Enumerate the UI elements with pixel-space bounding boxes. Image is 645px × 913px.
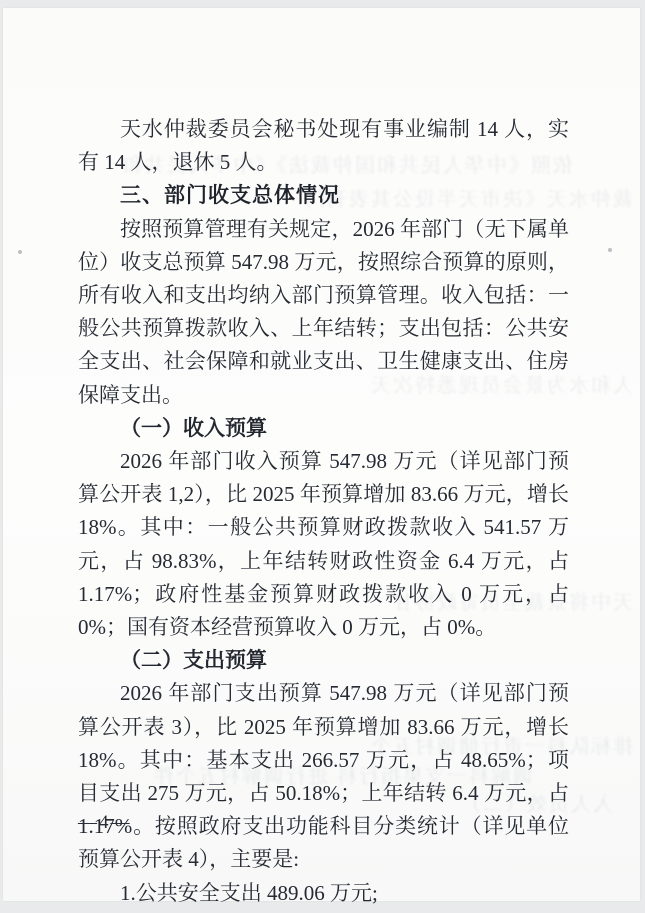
paragraph-public-safety-item: 1.公共安全支出 489.06 万元; (78, 877, 569, 910)
paragraph-income-budget: 2026 年部门收入预算 547.98 万元（详见部门预算公开表 1,2），比 … (78, 445, 569, 644)
subsection-heading-income: （一）收入预算 (78, 412, 569, 445)
scanned-document-page: 依照《中华人民共和国仲裁法》《中华人民共和国》照会 裁仲水天《决市天半设公其表刊… (0, 0, 645, 913)
section-heading-overview: 三、部门收支总体情况 (78, 179, 569, 212)
scan-speck (608, 248, 612, 252)
paragraph-expense-budget: 2026 年部门支出预算 547.98 万元（详见部门预算公开表 3），比 20… (78, 677, 569, 876)
page-number: —4— (78, 812, 132, 834)
scan-speck (18, 250, 22, 254)
paragraph-budget-overview: 按照预算管理有关规定，2026 年部门（无下属单位）收支总预算 547.98 万… (78, 213, 569, 412)
paragraph-staffing: 天水仲裁委员会秘书处现有事业编制 14 人，实有 14 人，退休 5 人。 (78, 113, 569, 179)
subsection-heading-expense: （二）支出预算 (78, 644, 569, 677)
document-body: 天水仲裁委员会秘书处现有事业编制 14 人，实有 14 人，退休 5 人。 三、… (78, 113, 569, 910)
